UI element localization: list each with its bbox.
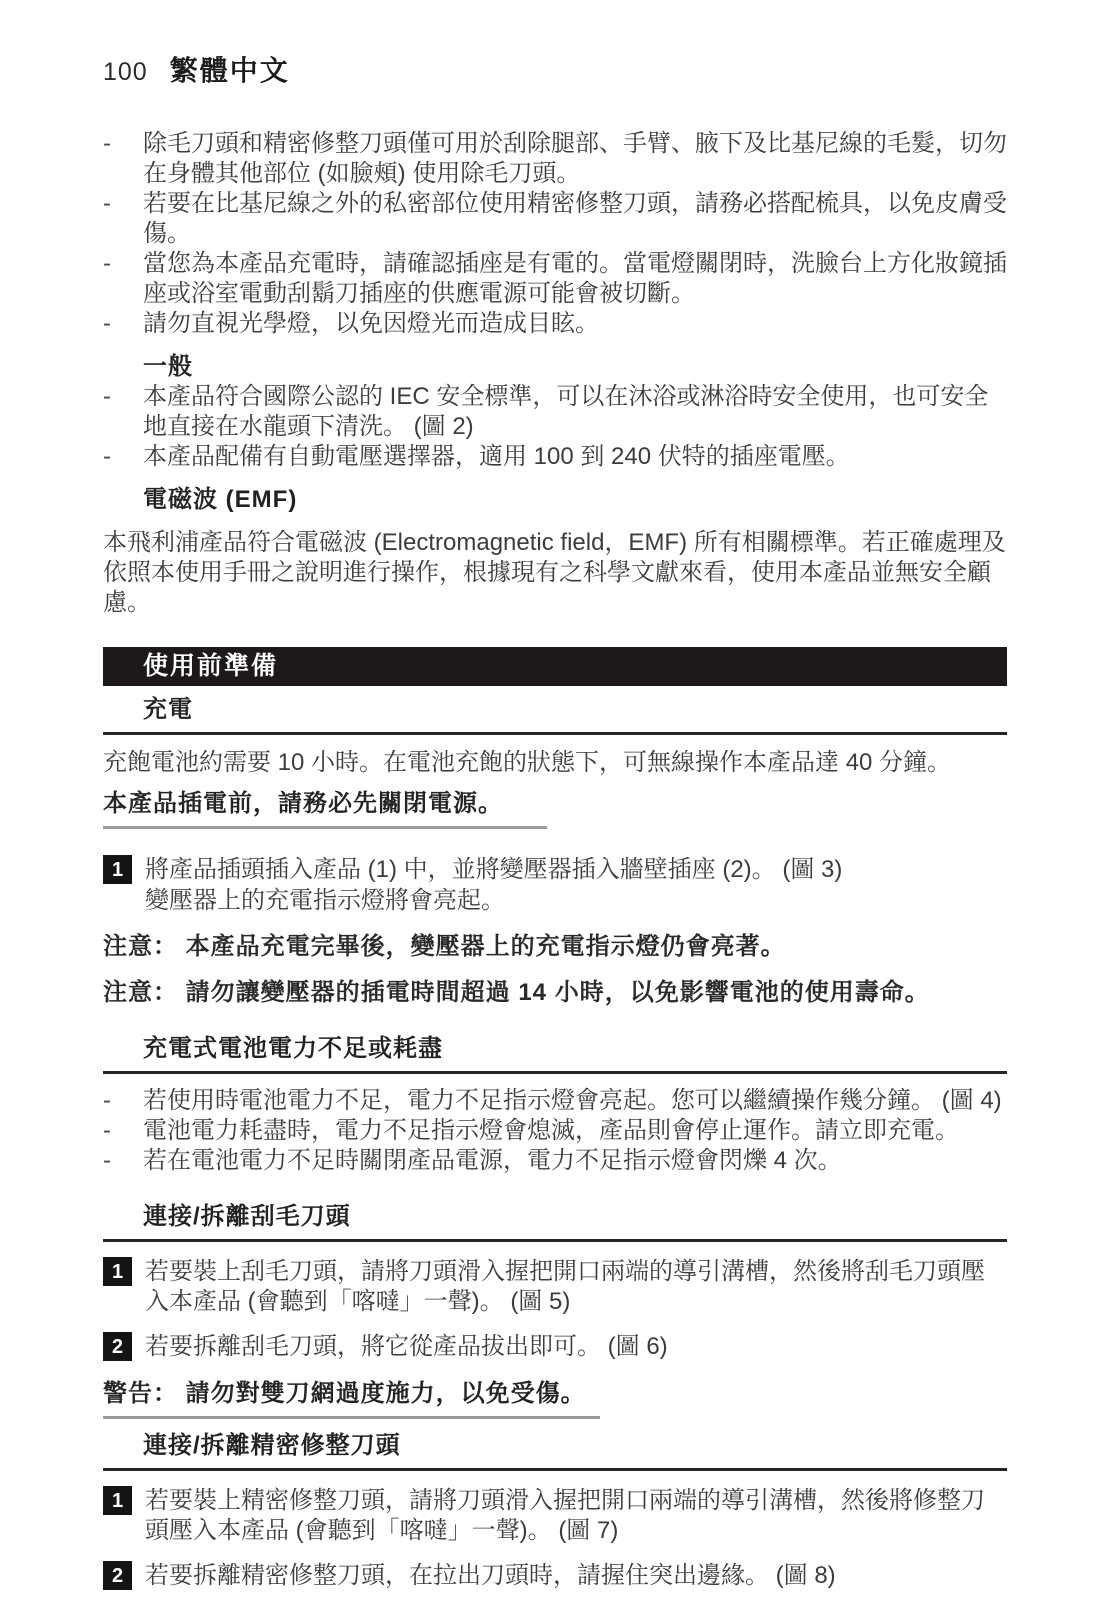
list-item-text: 電池電力耗盡時，電力不足指示燈會熄滅，產品則會停止運作。請立即充電。 (143, 1116, 1007, 1146)
safety-bullet-list: - 除毛刀頭和精密修整刀頭僅可用於刮除腿部、手臂、腋下及比基尼線的毛髮，切勿在身… (103, 129, 1007, 339)
dash-bullet-icon: - (103, 1086, 143, 1116)
heading-emf: 電磁波 (EMF) (103, 485, 1007, 515)
result-text: 變壓器上的充電指示燈將會亮起。 (145, 886, 505, 916)
dash-bullet-icon: - (103, 129, 143, 189)
page-title: 繁體中文 (170, 56, 290, 86)
list-item: - 若在電池電力不足時關閉產品電源，電力不足指示燈會閃爍 4 次。 (103, 1146, 1007, 1176)
warning-text: 警告： 請勿對雙刀網過度施力，以免受傷。 (103, 1379, 600, 1419)
dash-bullet-icon: - (103, 1116, 143, 1146)
warning-line: 警告： 請勿對雙刀網過度施力，以免受傷。 (103, 1379, 1007, 1419)
heading-battery-low: 充電式電池電力不足或耗盡 (103, 1034, 1007, 1074)
heading-attach-trimmer-head: 連接/拆離精密修整刀頭 (103, 1431, 1007, 1471)
precaution-line: 本產品插電前，請務必先關閉電源。 (103, 789, 1007, 829)
dash-bullet-icon: - (103, 309, 143, 339)
paragraph-emf: 本飛利浦產品符合電磁波 (Electromagnetic field，EMF) … (103, 528, 1007, 618)
step-number-badge: 1 (103, 1257, 132, 1286)
step-item: 1 若要裝上精密修整刀頭，請將刀頭滑入握把開口兩端的導引溝槽，然後將修整刀頭壓入… (103, 1486, 1007, 1546)
heading-general: 一般 (103, 352, 1007, 382)
heading-charging: 充電 (103, 695, 1007, 735)
result-item: 變壓器上的充電指示燈將會亮起。 (103, 886, 1007, 916)
dash-bullet-icon: - (103, 1146, 143, 1176)
list-item: - 若要在比基尼線之外的私密部位使用精密修整刀頭，請務必搭配梳具，以免皮膚受傷。 (103, 189, 1007, 249)
note-text: 注意： 本產品充電完畢後，變壓器上的充電指示燈仍會亮著。 (103, 932, 1007, 962)
battery-low-bullet-list: - 若使用時電池電力不足，電力不足指示燈會亮起。您可以繼續操作幾分鐘。 (圖 4… (103, 1086, 1007, 1176)
list-item: - 若使用時電池電力不足，電力不足指示燈會亮起。您可以繼續操作幾分鐘。 (圖 4… (103, 1086, 1007, 1116)
step-number-badge: 1 (103, 855, 132, 884)
list-item-text: 請勿直視光學燈，以免因燈光而造成目眩。 (143, 309, 1007, 339)
step-number-badge: 2 (103, 1561, 132, 1590)
general-bullet-list: - 本產品符合國際公認的 IEC 安全標準，可以在沐浴或淋浴時安全使用，也可安全… (103, 382, 1007, 472)
step-text: 若要裝上刮毛刀頭，請將刀頭滑入握把開口兩端的導引溝槽，然後將刮毛刀頭壓入本產品 … (145, 1257, 1007, 1317)
list-item-text: 當您為本產品充電時，請確認插座是有電的。當電燈關閉時，洗臉台上方化妝鏡插座或浴室… (143, 249, 1007, 309)
dash-bullet-icon: - (103, 442, 143, 472)
list-item: - 本產品符合國際公認的 IEC 安全標準，可以在沐浴或淋浴時安全使用，也可安全… (103, 382, 1007, 442)
precaution-text: 本產品插電前，請務必先關閉電源。 (103, 789, 547, 829)
dash-bullet-icon: - (103, 382, 143, 442)
paragraph-charging-intro: 充飽電池約需要 10 小時。在電池充飽的狀態下，可無線操作本產品達 40 分鐘。 (103, 748, 1007, 778)
step-number-badge: 1 (103, 1486, 132, 1515)
step-item: 2 若要拆離精密修整刀頭，在拉出刀頭時，請握住突出邊緣。 (圖 8) (103, 1561, 1007, 1591)
step-item: 2 若要拆離刮毛刀頭，將它從產品拔出即可。 (圖 6) (103, 1332, 1007, 1362)
list-item-text: 若要在比基尼線之外的私密部位使用精密修整刀頭，請務必搭配梳具，以免皮膚受傷。 (143, 189, 1007, 249)
step-number-badge: 2 (103, 1332, 132, 1361)
page-header: 100 繁體中文 (103, 56, 1007, 87)
page-number: 100 (103, 57, 148, 87)
step-text: 若要裝上精密修整刀頭，請將刀頭滑入握把開口兩端的導引溝槽，然後將修整刀頭壓入本產… (145, 1486, 1007, 1546)
step-text: 若要拆離刮毛刀頭，將它從產品拔出即可。 (圖 6) (145, 1332, 1007, 1362)
step-text: 將產品插頭插入產品 (1) 中，並將變壓器插入牆壁插座 (2)。 (圖 3) (145, 855, 1007, 885)
list-item: - 電池電力耗盡時，電力不足指示燈會熄滅，產品則會停止運作。請立即充電。 (103, 1116, 1007, 1146)
list-item-text: 除毛刀頭和精密修整刀頭僅可用於刮除腿部、手臂、腋下及比基尼線的毛髮，切勿在身體其… (143, 129, 1007, 189)
list-item: - 請勿直視光學燈，以免因燈光而造成目眩。 (103, 309, 1007, 339)
manual-page: 100 繁體中文 - 除毛刀頭和精密修整刀頭僅可用於刮除腿部、手臂、腋下及比基尼… (0, 0, 1095, 1600)
note-text: 注意： 請勿讓變壓器的插電時間超過 14 小時，以免影響電池的使用壽命。 (103, 978, 1007, 1008)
list-item-text: 若使用時電池電力不足，電力不足指示燈會亮起。您可以繼續操作幾分鐘。 (圖 4) (143, 1086, 1007, 1116)
step-text: 若要拆離精密修整刀頭，在拉出刀頭時，請握住突出邊緣。 (圖 8) (145, 1561, 1007, 1591)
list-item-text: 本產品符合國際公認的 IEC 安全標準，可以在沐浴或淋浴時安全使用，也可安全地直… (143, 382, 1007, 442)
heading-attach-shaving-head: 連接/拆離刮毛刀頭 (103, 1202, 1007, 1242)
dash-bullet-icon: - (103, 249, 143, 309)
section-banner: 使用前準備 (103, 647, 1007, 686)
list-item: - 除毛刀頭和精密修整刀頭僅可用於刮除腿部、手臂、腋下及比基尼線的毛髮，切勿在身… (103, 129, 1007, 189)
list-item-text: 若在電池電力不足時關閉產品電源，電力不足指示燈會閃爍 4 次。 (143, 1146, 1007, 1176)
list-item-text: 本產品配備有自動電壓選擇器，適用 100 到 240 伏特的插座電壓。 (143, 442, 1007, 472)
step-item: 1 將產品插頭插入產品 (1) 中，並將變壓器插入牆壁插座 (2)。 (圖 3) (103, 855, 1007, 885)
step-item: 1 若要裝上刮毛刀頭，請將刀頭滑入握把開口兩端的導引溝槽，然後將刮毛刀頭壓入本產… (103, 1257, 1007, 1317)
list-item: - 當您為本產品充電時，請確認插座是有電的。當電燈關閉時，洗臉台上方化妝鏡插座或… (103, 249, 1007, 309)
result-marker (103, 886, 145, 916)
dash-bullet-icon: - (103, 189, 143, 249)
list-item: - 本產品配備有自動電壓選擇器，適用 100 到 240 伏特的插座電壓。 (103, 442, 1007, 472)
